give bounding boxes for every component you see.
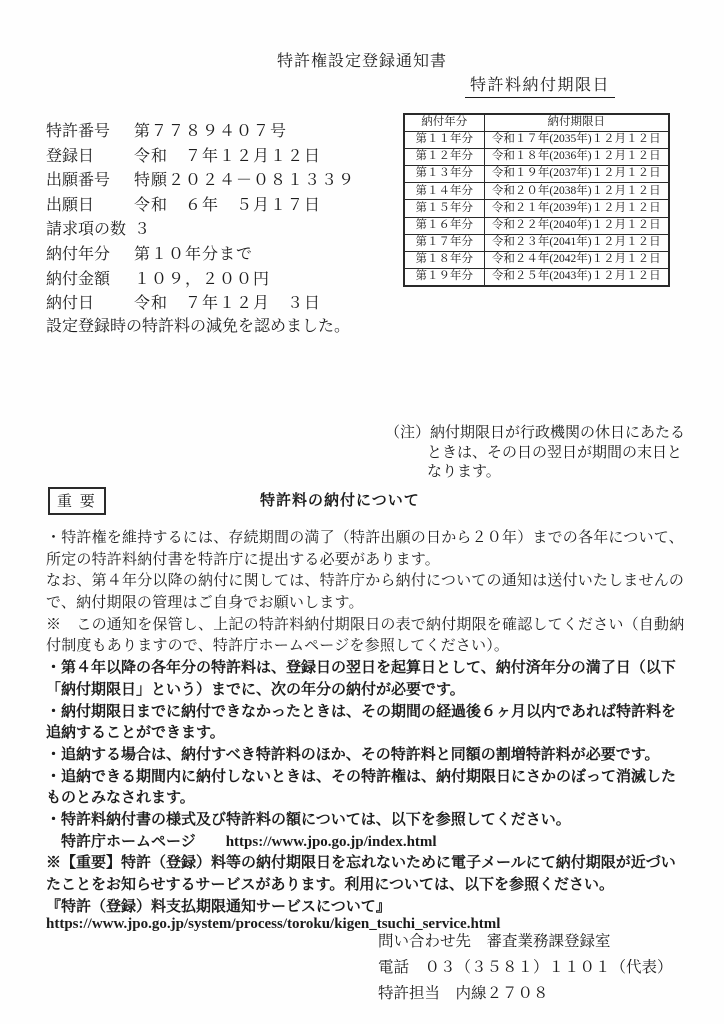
detail-value: 令和 ７年１２月１２日 — [134, 143, 321, 166]
body-line: ・納付期限日までに納付できなかったときは、その期間の経過後６ヶ月以内であれば特許… — [46, 700, 706, 722]
patent-registration-notice: 特許権設定登録通知書 特許料納付期限日 特許番号 第７７８９４０７号 登録日 令… — [0, 0, 724, 1024]
detail-label: 特許番号 — [46, 118, 134, 141]
contact-office-line: 問い合わせ先 審査業務課登録室 — [378, 929, 673, 955]
table-row: 第１３年分 令和１９年(2037年)１２月１２日 — [404, 166, 669, 183]
detail-row-application-number: 出願番号 特願２０２４－０８１３３９ — [46, 167, 406, 192]
detail-row-patent-number: 特許番号 第７７８９４０７号 — [46, 118, 406, 143]
document-title: 特許権設定登録通知書 — [0, 48, 724, 71]
body-line: 「納付期限日」という）までに、次の年分の納付が必要です。 — [46, 678, 706, 700]
detail-label: 登録日 — [46, 143, 134, 166]
year-cell: 第１４年分 — [404, 183, 484, 200]
year-cell: 第１７年分 — [404, 234, 484, 251]
body-line: ※【重要】特許（登録）料等の納付期限日を忘れないために電子メールにて納付期限が近… — [46, 851, 706, 873]
note-line: なります。 — [385, 463, 715, 483]
body-line: ※ この通知を保管し、上記の特許料納付期限日の表で納付期限を確認してください（自… — [46, 613, 706, 635]
deadline-cell: 令和１９年(2037年)１２月１２日 — [484, 166, 669, 183]
body-line: ・第４年以降の各年分の特許料は、登録日の翌日を起算日として、納付済年分の満了日（… — [46, 656, 706, 678]
deadline-cell: 令和２５年(2043年)１２月１２日 — [484, 269, 669, 286]
body-line: ・追納できる期間内に納付しないときは、その特許権は、納付期限日にさかのぼって消滅… — [46, 765, 706, 787]
important-body: ・特許権を維持するには、存続期間の満了（特許出願の日から２０年）までの各年につい… — [46, 526, 706, 938]
detail-value: 令和 ６年 ５月１７日 — [134, 192, 321, 215]
section-heading: 特許料の納付について — [260, 489, 420, 510]
deadline-cell: 令和２１年(2039年)１２月１２日 — [484, 200, 669, 217]
table-row: 第１８年分 令和２４年(2042年)１２月１２日 — [404, 252, 669, 269]
year-cell: 第１５年分 — [404, 200, 484, 217]
detail-row-payment-years: 納付年分 第１０年分まで — [46, 241, 406, 266]
body-line: ・追納する場合は、納付すべき特許料のほか、その特許料と同額の割増特許料が必要です… — [46, 743, 706, 765]
table-row: 第１７年分 令和２３年(2041年)１２月１２日 — [404, 234, 669, 251]
table-header-year: 納付年分 — [404, 114, 484, 131]
detail-value: 特願２０２４－０８１３３９ — [134, 167, 355, 190]
body-line: で、納付期限の管理はご自身でお願いします。 — [46, 591, 706, 613]
contact-extension-line: 特許担当 内線２７０８ — [378, 981, 673, 1007]
note-text: 納付期限日が行政機関の休日にあたる — [430, 424, 685, 444]
table-row: 第１６年分 令和２２年(2040年)１２月１２日 — [404, 217, 669, 234]
deadline-cell: 令和１７年(2035年)１２月１２日 — [484, 131, 669, 148]
detail-label: 出願日 — [46, 192, 134, 215]
table-row: 第１１年分 令和１７年(2035年)１２月１２日 — [404, 131, 669, 148]
note-line: （注） 納付期限日が行政機関の休日にあたる — [385, 424, 715, 444]
detail-list: 特許番号 第７７８９４０７号 登録日 令和 ７年１２月１２日 出願番号 特願２０… — [46, 118, 406, 315]
detail-label: 納付日 — [46, 290, 134, 313]
year-cell: 第１３年分 — [404, 166, 484, 183]
detail-row-payment-date: 納付日 令和 ７年１２月 ３日 — [46, 290, 406, 315]
deadline-cell: 令和２０年(2038年)１２月１２日 — [484, 183, 669, 200]
detail-value: ３ — [134, 216, 151, 239]
note-marker: （注） — [385, 424, 430, 444]
body-line: なお、第４年分以降の納付に関しては、特許庁から納付についての通知は送付いたしませ… — [46, 569, 706, 591]
body-line: 追納することができます。 — [46, 721, 706, 743]
fee-deadline-heading: 特許料納付期限日 — [465, 72, 615, 98]
table-row: 第１２年分 令和１８年(2036年)１２月１２日 — [404, 148, 669, 165]
table-header-deadline: 納付期限日 — [484, 114, 669, 131]
body-line: たことをお知らせするサービスがあります。利用については、以下を参照ください。 — [46, 873, 706, 895]
detail-row-claim-count: 請求項の数 ３ — [46, 216, 406, 241]
year-cell: 第１２年分 — [404, 148, 484, 165]
note-line: ときは、その日の翌日が期間の末日と — [385, 444, 715, 464]
detail-label: 納付金額 — [46, 266, 134, 289]
detail-value: 第１０年分まで — [134, 241, 253, 264]
detail-value: 第７７８９４０７号 — [134, 118, 287, 141]
deadline-cell: 令和１８年(2036年)１２月１２日 — [484, 148, 669, 165]
table-row: 第１５年分 令和２１年(2039年)１２月１２日 — [404, 200, 669, 217]
body-line: ・特許料納付書の様式及び特許料の額については、以下を参照してください。 — [46, 808, 706, 830]
body-line: 所定の特許料納付書を特許庁に提出する必要があります。 — [46, 548, 706, 570]
deadline-cell: 令和２２年(2040年)１２月１２日 — [484, 217, 669, 234]
contact-block: 問い合わせ先 審査業務課登録室 電話 ０３（３５８１）１１０１（代表） 特許担当… — [378, 929, 673, 1007]
detail-row-registration-date: 登録日 令和 ７年１２月１２日 — [46, 143, 406, 168]
table-header-row: 納付年分 納付期限日 — [404, 114, 669, 131]
contact-phone-line: 電話 ０３（３５８１）１１０１（代表） — [378, 955, 673, 981]
fee-deadline-heading-wrap: 特許料納付期限日 — [465, 72, 615, 98]
body-line: ものとみなされます。 — [46, 786, 706, 808]
year-cell: 第１８年分 — [404, 252, 484, 269]
detail-value: 令和 ７年１２月 ３日 — [134, 290, 321, 313]
body-line: ・特許権を維持するには、存続期間の満了（特許出願の日から２０年）までの各年につい… — [46, 526, 706, 548]
fee-deadline-table: 納付年分 納付期限日 第１１年分 令和１７年(2035年)１２月１２日 第１２年… — [403, 113, 670, 287]
detail-label: 請求項の数 — [46, 216, 134, 239]
year-cell: 第１９年分 — [404, 269, 484, 286]
table-row: 第１４年分 令和２０年(2038年)１２月１２日 — [404, 183, 669, 200]
year-cell: 第１１年分 — [404, 131, 484, 148]
detail-row-application-date: 出願日 令和 ６年 ５月１７日 — [46, 192, 406, 217]
detail-label: 出願番号 — [46, 167, 134, 190]
deadline-cell: 令和２４年(2042年)１２月１２日 — [484, 252, 669, 269]
fee-reduction-note: 設定登録時の特許料の減免を認めました。 — [46, 313, 350, 336]
body-line: 付制度もありますので、特許庁ホームページを参照してください）。 — [46, 634, 706, 656]
detail-value: １０９，２００円 — [134, 266, 270, 289]
detail-row-payment-amount: 納付金額 １０９，２００円 — [46, 266, 406, 291]
deadline-cell: 令和２３年(2041年)１２月１２日 — [484, 234, 669, 251]
detail-label: 納付年分 — [46, 241, 134, 264]
year-cell: 第１６年分 — [404, 217, 484, 234]
jpo-homepage-line: 特許庁ホームページ https://www.jpo.go.jp/index.ht… — [46, 830, 706, 852]
important-badge: 重 要 — [48, 487, 106, 515]
holiday-note: （注） 納付期限日が行政機関の休日にあたる ときは、その日の翌日が期間の末日と … — [385, 424, 715, 483]
table-row: 第１９年分 令和２５年(2043年)１２月１２日 — [404, 269, 669, 286]
service-title-line: 『特許（登録）料支払期限通知サービスについて』 — [46, 895, 706, 917]
